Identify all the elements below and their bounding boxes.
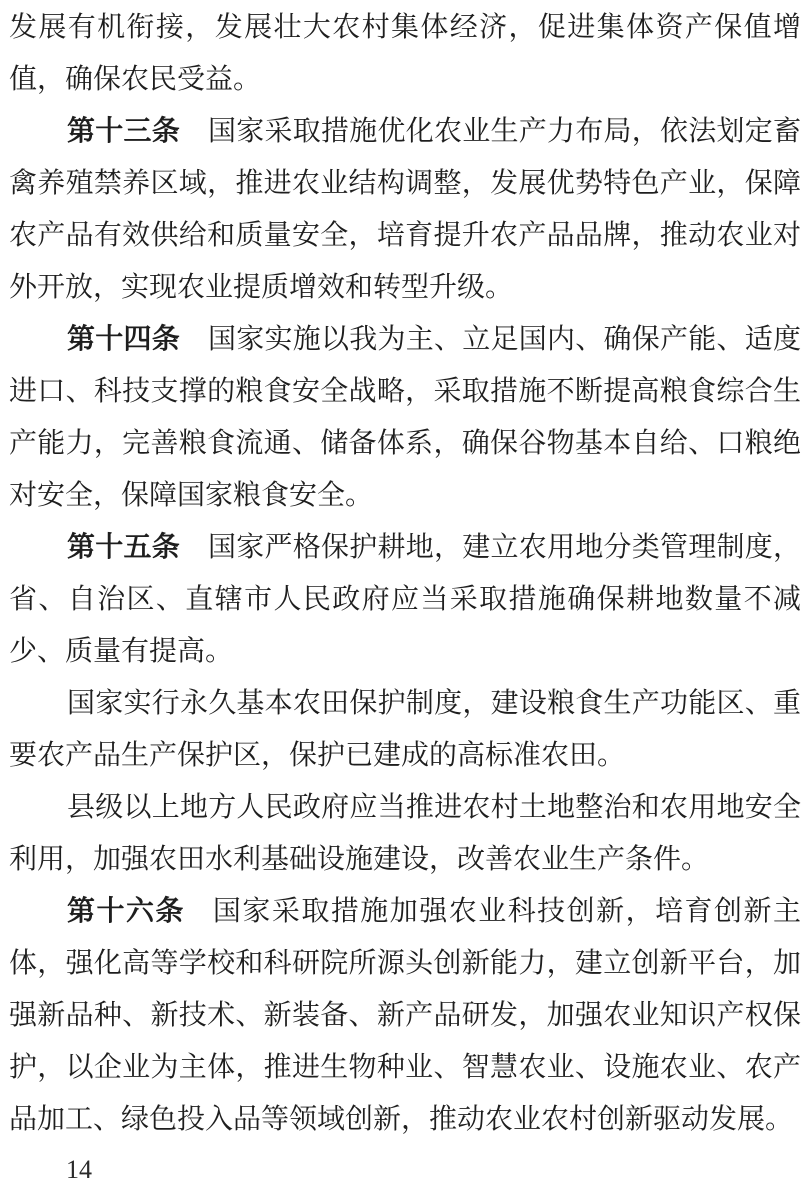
page-number-text: 14 [66, 1155, 92, 1184]
text-line: 少、质量有提高。 [9, 626, 801, 678]
paragraph-text: 强新品种、新技术、新装备、新产品研发，加强农业知识产权保 [9, 1000, 801, 1031]
paragraph-text: 产能力，完善粮食流通、储备体系，确保谷物基本自给、口粮绝 [9, 428, 801, 459]
document-page: 发展有机衔接，发展壮大农村集体经济，促进集体资产保值增 值，确保农民受益。 第十… [0, 0, 810, 1200]
text-line: 产能力，完善粮食流通、储备体系，确保谷物基本自给、口粮绝 [9, 418, 801, 470]
text-line: 县级以上地方人民政府应当推进农村土地整治和农用地安全 [9, 782, 801, 834]
paragraph-text: 进口、科技支撑的粮食安全战略，采取措施不断提高粮食综合生 [9, 376, 801, 407]
paragraph-text: 国家采取措施加强农业科技创新，培育创新主 [213, 896, 801, 927]
text-line: 省、自治区、直辖市人民政府应当采取措施确保耕地数量不减 [9, 574, 801, 626]
page-number: 14 [9, 1146, 801, 1194]
paragraph-text: 外开放，实现农业提质增效和转型升级。 [9, 272, 513, 303]
paragraph-text: 禽养殖禁养区域，推进农业结构调整，发展优势特色产业，保障 [9, 168, 801, 199]
paragraph-text: 护，以企业为主体，推进生物种业、智慧农业、设施农业、农产 [9, 1052, 801, 1083]
text-line: 值，确保农民受益。 [9, 54, 801, 106]
paragraph-text: 值，确保农民受益。 [9, 64, 261, 95]
text-line: 农产品有效供给和质量安全，培育提升农产品品牌，推动农业对 [9, 210, 801, 262]
paragraph-text: 国家严格保护耕地，建立农用地分类管理制度， [208, 532, 801, 563]
paragraph-text: 国家实施以我为主、立足国内、确保产能、适度 [208, 324, 801, 355]
text-line: 对安全，保障国家粮食安全。 [9, 470, 801, 522]
text-line: 国家实行永久基本农田保护制度，建设粮食生产功能区、重 [9, 678, 801, 730]
paragraph-text: 要农产品生产保护区，保护已建成的高标准农田。 [9, 740, 625, 771]
article-number: 第十四条 [67, 324, 180, 355]
text-line: 强新品种、新技术、新装备、新产品研发，加强农业知识产权保 [9, 990, 801, 1042]
text-line: 第十五条国家严格保护耕地，建立农用地分类管理制度， [9, 522, 801, 574]
paragraph-text: 发展有机衔接，发展壮大农村集体经济，促进集体资产保值增 [9, 12, 801, 43]
paragraph-text: 对安全，保障国家粮食安全。 [9, 480, 373, 511]
paragraph-text: 少、质量有提高。 [9, 636, 233, 667]
paragraph-text: 国家采取措施优化农业生产力布局，依法划定畜 [208, 116, 801, 147]
text-line: 利用，加强农田水利基础设施建设，改善农业生产条件。 [9, 834, 801, 886]
article-number: 第十六条 [67, 896, 185, 927]
text-line: 发展有机衔接，发展壮大农村集体经济，促进集体资产保值增 [9, 2, 801, 54]
paragraph-text: 品加工、绿色投入品等领域创新，推动农业农村创新驱动发展。 [9, 1104, 793, 1135]
text-line: 要农产品生产保护区，保护已建成的高标准农田。 [9, 730, 801, 782]
text-line: 进口、科技支撑的粮食安全战略，采取措施不断提高粮食综合生 [9, 366, 801, 418]
paragraph-text: 农产品有效供给和质量安全，培育提升农产品品牌，推动农业对 [9, 220, 801, 251]
paragraph-text: 省、自治区、直辖市人民政府应当采取措施确保耕地数量不减 [9, 584, 801, 615]
paragraph-text: 国家实行永久基本农田保护制度，建设粮食生产功能区、重 [67, 688, 801, 719]
text-line: 品加工、绿色投入品等领域创新，推动农业农村创新驱动发展。 [9, 1094, 801, 1146]
article-number: 第十三条 [67, 116, 180, 147]
paragraph-text: 县级以上地方人民政府应当推进农村土地整治和农用地安全 [67, 792, 801, 823]
text-line: 外开放，实现农业提质增效和转型升级。 [9, 262, 801, 314]
text-line: 第十三条国家采取措施优化农业生产力布局，依法划定畜 [9, 106, 801, 158]
text-line: 禽养殖禁养区域，推进农业结构调整，发展优势特色产业，保障 [9, 158, 801, 210]
article-number: 第十五条 [67, 532, 180, 563]
text-line: 第十四条国家实施以我为主、立足国内、确保产能、适度 [9, 314, 801, 366]
text-line: 第十六条国家采取措施加强农业科技创新，培育创新主 [9, 886, 801, 938]
paragraph-text: 利用，加强农田水利基础设施建设，改善农业生产条件。 [9, 844, 709, 875]
text-line: 体，强化高等学校和科研院所源头创新能力，建立创新平台，加 [9, 938, 801, 990]
paragraph-text: 体，强化高等学校和科研院所源头创新能力，建立创新平台，加 [9, 948, 801, 979]
text-line: 护，以企业为主体，推进生物种业、智慧农业、设施农业、农产 [9, 1042, 801, 1094]
